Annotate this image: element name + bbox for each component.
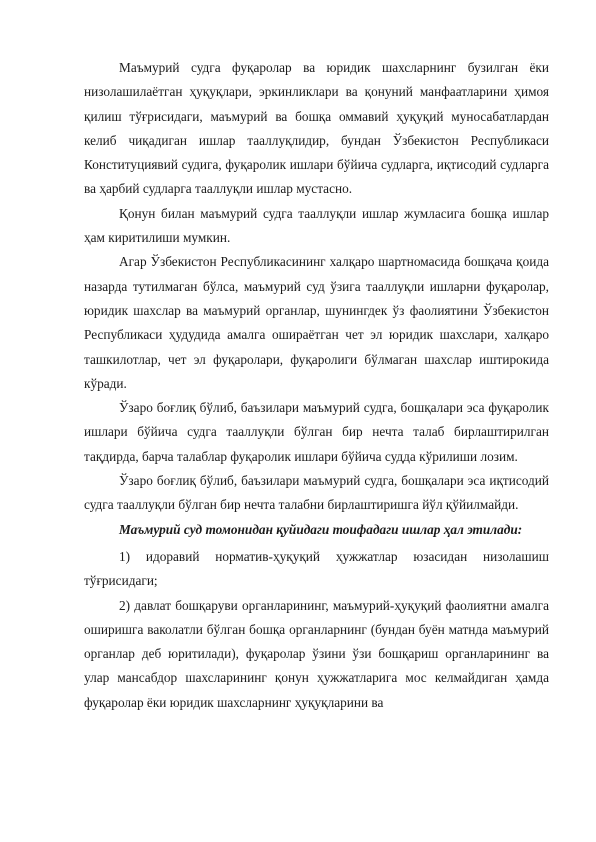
document-page: Маъмурий судга фуқаролар ва юридик шахсл… bbox=[84, 56, 549, 715]
paragraph-jurisdiction: Маъмурий судга фуқаролар ва юридик шахсл… bbox=[84, 56, 549, 202]
paragraph-international-treaty: Агар Ўзбекистон Республикасининг халқаро… bbox=[84, 250, 549, 396]
list-item: 2) давлат бошқаруви органларининг, маъму… bbox=[84, 594, 549, 715]
paragraph-other-cases: Қонун билан маъмурий судга тааллуқли ишл… bbox=[84, 202, 549, 251]
list-item: 1) идоравий норматив-ҳуқуқий ҳужжатлар ю… bbox=[84, 545, 549, 594]
paragraph-economic-claims: Ўзаро боғлиқ бўлиб, баъзилари маъмурий с… bbox=[84, 469, 549, 518]
section-heading: Маъмурий суд томонидан қуйидаги тоифадаг… bbox=[84, 518, 549, 542]
paragraph-civil-claims: Ўзаро боғлиқ бўлиб, баъзилари маъмурий с… bbox=[84, 396, 549, 469]
